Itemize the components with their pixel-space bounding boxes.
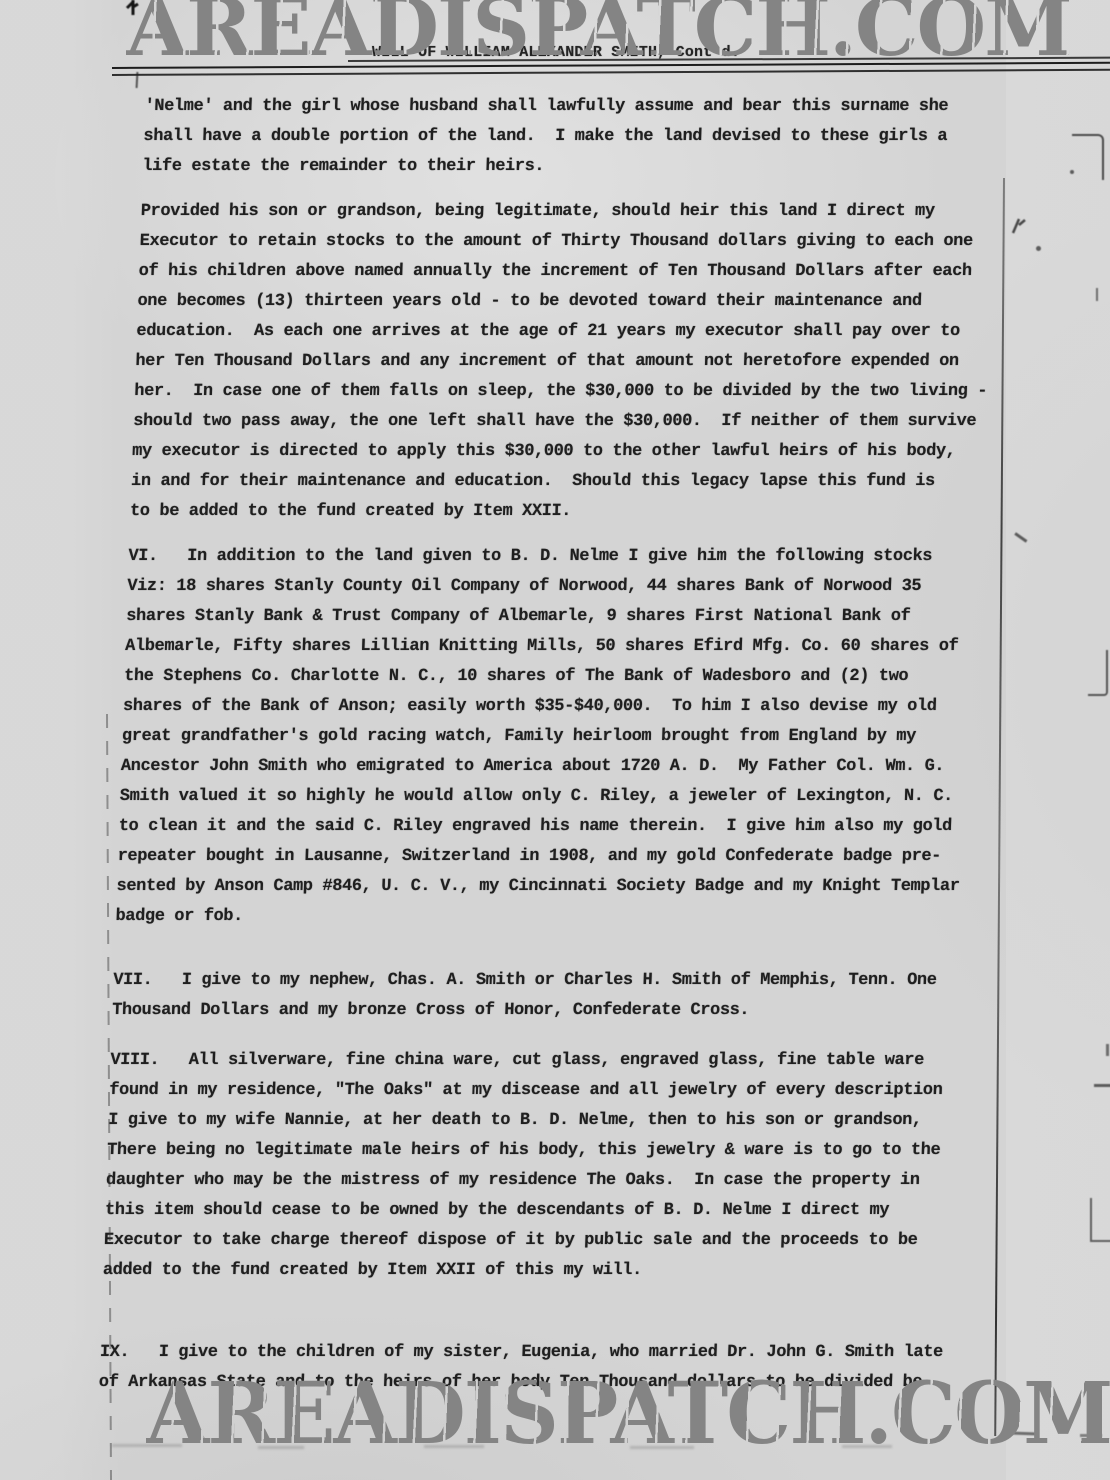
text-line: to clean it and the said C. Riley engrav… — [118, 812, 1019, 842]
text-line: to be added to the fund created by Item … — [129, 497, 1030, 527]
text-line: added to the fund created by Item XXII o… — [102, 1256, 1003, 1286]
text-line: VII. I give to my nephew, Chas. A. Smith… — [113, 966, 1014, 996]
ink-dot — [1036, 246, 1041, 251]
watermark-top: AREADISPATCH.COM — [126, 0, 1071, 67]
text-line: badge or fob. — [115, 902, 1016, 932]
dash-mark — [1094, 1084, 1110, 1087]
text-line: should two pass away, the one left shall… — [133, 407, 1034, 437]
text-line: my executor is directed to apply this $3… — [132, 437, 1033, 467]
text-line: Executor to retain stocks to the amount … — [139, 227, 1040, 257]
text-line: the Stephens Co. Charlotte N. C., 10 sha… — [124, 662, 1025, 692]
text-line: Thousand Dollars and my bronze Cross of … — [112, 996, 1013, 1026]
text-line: daughter who may be the mistress of my r… — [105, 1166, 1006, 1196]
paragraph-item-viii: VIII. All silverware, fine china ware, c… — [102, 1046, 1011, 1286]
text-line: shares Stanly Bank & Trust Company of Al… — [126, 602, 1027, 632]
paragraph-nelme-surname: 'Nelme' and the girl whose husband shall… — [142, 92, 1045, 182]
paragraph-item-vii: VII. I give to my nephew, Chas. A. Smith… — [112, 966, 1014, 1026]
text-line: her Ten Thousand Dollars and any increme… — [135, 347, 1036, 377]
margin-bracket-top-right — [1072, 134, 1104, 180]
text-line: VIII. All silverware, fine china ware, c… — [110, 1046, 1011, 1076]
text-line: I give to my wife Nannie, at her death t… — [108, 1106, 1009, 1136]
text-line: shall have a double portion of the land.… — [143, 122, 1044, 152]
ink-dot — [1070, 170, 1074, 174]
text-line: Albemarle, Fifty shares Lillian Knitting… — [125, 632, 1026, 662]
text-line: sented by Anson Camp #846, U. C. V., my … — [116, 872, 1017, 902]
tick-mark — [1106, 1044, 1109, 1056]
text-line: this item should cease to be owned by th… — [104, 1196, 1005, 1226]
text-line: Executor to take charge thereof dispose … — [103, 1226, 1004, 1256]
paragraph-item-vi: VI. In addition to the land given to B. … — [115, 542, 1029, 932]
margin-bracket-middle-right — [1088, 650, 1108, 696]
text-line: in and for their maintenance and educati… — [131, 467, 1032, 497]
tick-mark — [136, 72, 139, 88]
text-line: There being no legitimate male heirs of … — [107, 1136, 1008, 1166]
text-line: Provided his son or grandson, being legi… — [140, 197, 1041, 227]
text-line: her. In case one of them falls on sleep,… — [134, 377, 1035, 407]
text-line: VI. In addition to the land given to B. … — [128, 542, 1029, 572]
text-line: Smith valued it so highly he would allow… — [119, 782, 1020, 812]
text-line: 'Nelme' and the girl whose husband shall… — [144, 92, 1045, 122]
watermark-bottom: AREADISPATCH.COM — [146, 1372, 1110, 1457]
document-body: 'Nelme' and the girl whose husband shall… — [98, 92, 1045, 1398]
text-line: Viz: 18 shares Stanly County Oil Company… — [127, 572, 1028, 602]
check-mark — [1010, 216, 1026, 234]
text-line: education. As each one arrives at the ag… — [136, 317, 1037, 347]
text-line: repeater bought in Lausanne, Switzerland… — [117, 842, 1018, 872]
tick-mark — [1096, 288, 1098, 301]
text-line: Ancestor John Smith who emigrated to Ame… — [120, 752, 1021, 782]
text-line: shares of the Bank of Anson; easily wort… — [122, 692, 1023, 722]
text-line: of his children above named annually the… — [138, 257, 1039, 287]
document-layer: WILL OF WILLIAM ALEXANDER SMITH, Cont'd.… — [0, 0, 1110, 1480]
text-line: found in my residence, "The Oaks" at my … — [109, 1076, 1010, 1106]
text-line: one becomes (13) thirteen years old - to… — [137, 287, 1038, 317]
text-line: life estate the remainder to their heirs… — [142, 152, 1043, 182]
paragraph-provided-son-or-grandson: Provided his son or grandson, being legi… — [129, 197, 1041, 527]
scanned-will-page: WILL OF WILLIAM ALEXANDER SMITH, Cont'd.… — [0, 0, 1110, 1480]
text-line: great grandfather's gold racing watch, F… — [121, 722, 1022, 752]
margin-bracket-bottom-right — [1090, 1198, 1110, 1242]
